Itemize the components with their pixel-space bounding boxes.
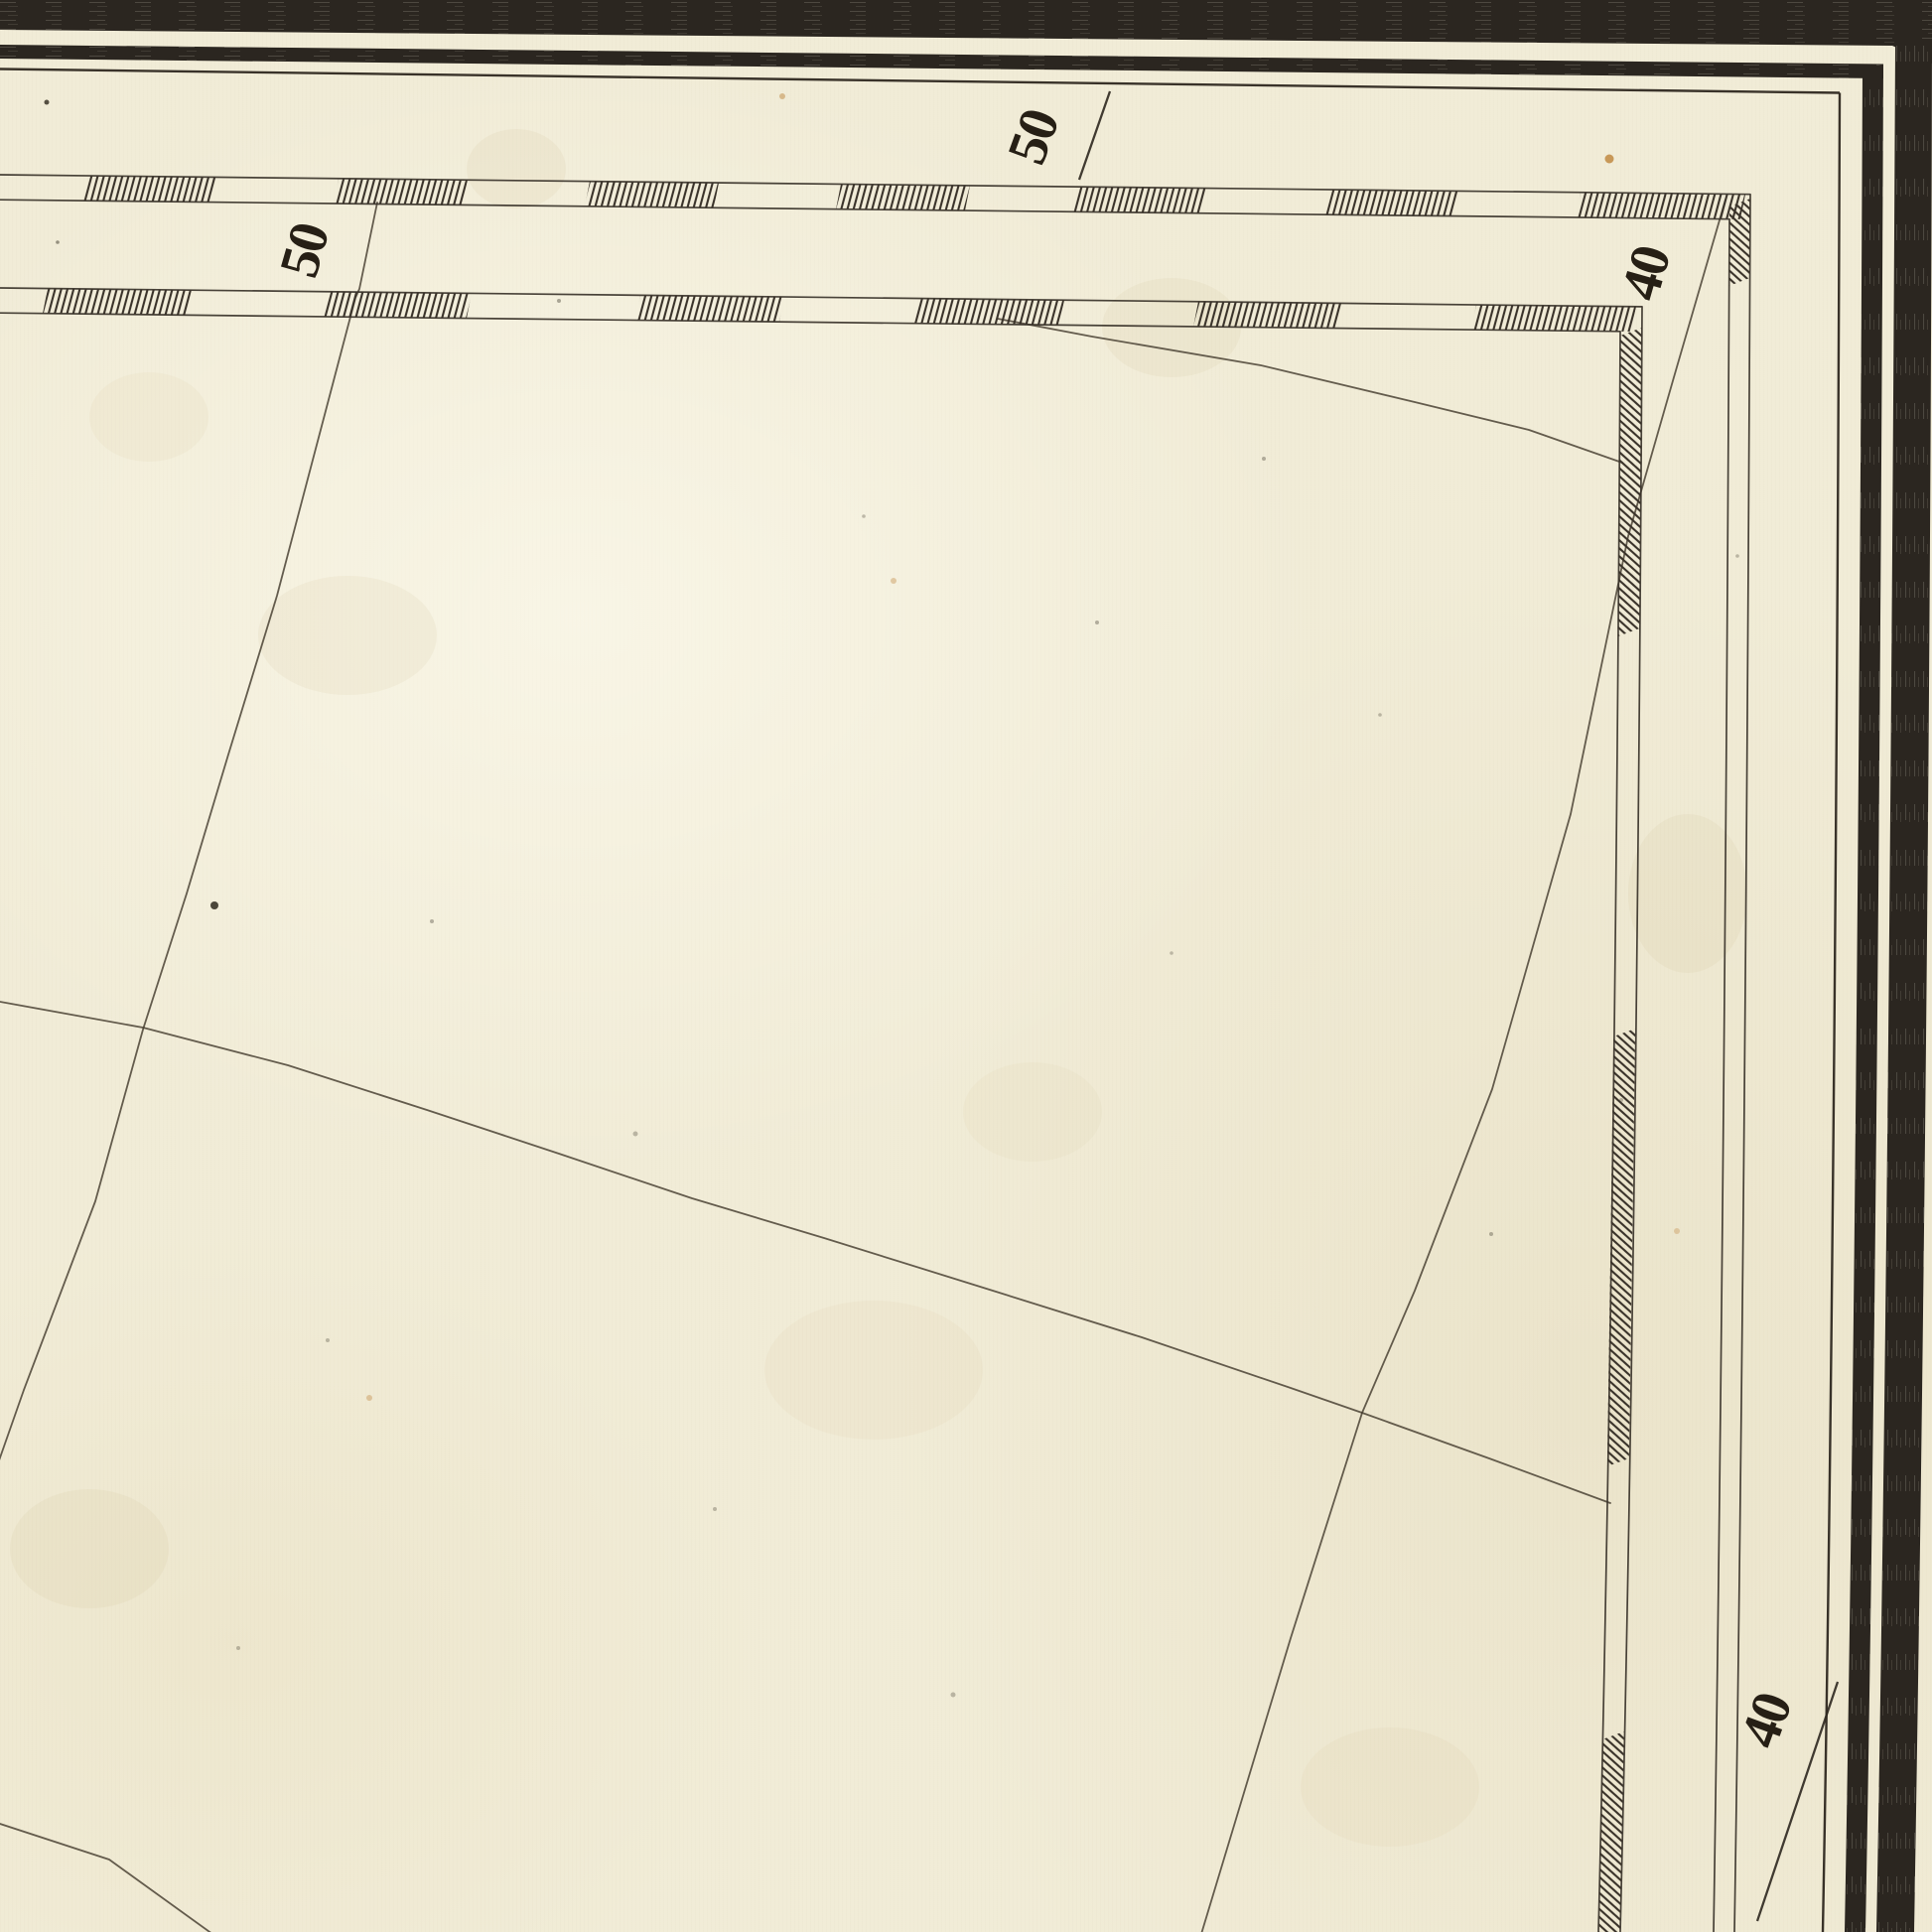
minute-ladder-borders	[0, 175, 1750, 1932]
minute-ladder-outer-outer-rail	[0, 175, 1750, 1932]
stain-blotch	[89, 372, 208, 462]
minute-ladder-inner-inner-rail	[0, 313, 1620, 1932]
foxing-spot	[1674, 1228, 1680, 1234]
graticule-lines	[0, 91, 1838, 1932]
minute-ladder-outer-hatch-segment	[334, 179, 468, 206]
minute-ladder-outer-hatch-segment	[82, 176, 216, 203]
stain-blotch	[1628, 814, 1747, 973]
meridian-40	[1201, 200, 1725, 1932]
ink-speck	[1378, 713, 1382, 717]
label-40-corner: 40	[1609, 240, 1683, 307]
ink-speck	[45, 100, 50, 105]
ink-speck	[557, 299, 561, 303]
ink-speck	[210, 901, 218, 909]
minute-ladder-inner-hatch-segment	[1618, 328, 1642, 636]
ink-speck	[1619, 1098, 1623, 1102]
ink-speck	[1735, 554, 1739, 558]
minute-ladder-outer-inner-rail	[0, 200, 1729, 1932]
ink-speck	[633, 1132, 638, 1137]
foxing-spot	[779, 93, 785, 99]
minute-ladder-outer	[0, 175, 1750, 1932]
frame-second-band-right	[1845, 65, 1883, 1932]
label-50-top-margin: 50	[996, 102, 1071, 172]
ink-speck	[1262, 457, 1266, 461]
ink-speck	[326, 1338, 330, 1342]
paper-stains	[10, 93, 1747, 1847]
stain-blotch	[764, 1301, 983, 1440]
tick-50-top-margin	[1079, 91, 1110, 180]
stain-blotch	[963, 1062, 1102, 1162]
stain-blotch	[467, 129, 566, 208]
parallel-lower	[0, 1824, 212, 1932]
minute-ladder-inner	[0, 288, 1642, 1932]
ink-speck	[1170, 951, 1173, 955]
minute-ladder-inner-hatch-segment	[1193, 302, 1342, 329]
minute-ladder-inner-hatch-segment	[323, 292, 472, 319]
frame-neatline-right	[1823, 93, 1840, 1932]
ink-speck	[430, 919, 434, 923]
minute-ladder-outer-hatch-segment	[1576, 193, 1745, 219]
stain-blotch	[258, 576, 437, 695]
map-engraving-canvas: 50504040	[0, 0, 1932, 1932]
parallel-middle	[0, 1002, 1610, 1503]
minute-ladder-outer-hatch-segment	[1324, 190, 1458, 216]
parallel-upper	[998, 319, 1622, 463]
label-40-right-margin: 40	[1728, 1686, 1804, 1755]
map-plate-scan: 50504040	[0, 0, 1932, 1932]
minute-ladder-outer-hatch-segment	[836, 184, 970, 210]
minute-ladder-inner-hatch-segment	[43, 289, 192, 316]
ink-speck	[951, 1693, 956, 1698]
label-50-left-band: 50	[268, 217, 342, 284]
ink-speck	[56, 240, 60, 244]
coordinate-labels: 50504040	[268, 102, 1804, 1755]
foxing-spot	[366, 1395, 372, 1401]
minute-ladder-outer-hatch-segment	[1073, 187, 1207, 213]
minute-ladder-inner-hatch-segment	[1598, 1731, 1624, 1932]
ink-speck	[862, 514, 866, 518]
minute-ladder-inner-outer-rail	[0, 288, 1642, 1932]
minute-ladder-inner-hatch-segment	[1471, 305, 1636, 332]
minute-ladder-outer-hatch-segment	[585, 182, 719, 208]
foxing-spot	[1605, 155, 1614, 164]
foxing-spot	[891, 578, 897, 584]
ink-speck	[236, 1646, 240, 1650]
minute-ladder-inner-hatch-segment	[635, 295, 784, 322]
ink-speck	[1489, 1232, 1493, 1236]
ink-speck	[1095, 621, 1099, 624]
stain-blotch	[1301, 1727, 1479, 1847]
frame-outer-band-right	[1876, 40, 1932, 1932]
stain-blotch	[10, 1489, 169, 1608]
minute-ladder-outer-hatch-segment	[1729, 199, 1750, 286]
minute-ladder-inner-hatch-segment	[913, 299, 1064, 326]
ink-speck	[713, 1507, 717, 1511]
